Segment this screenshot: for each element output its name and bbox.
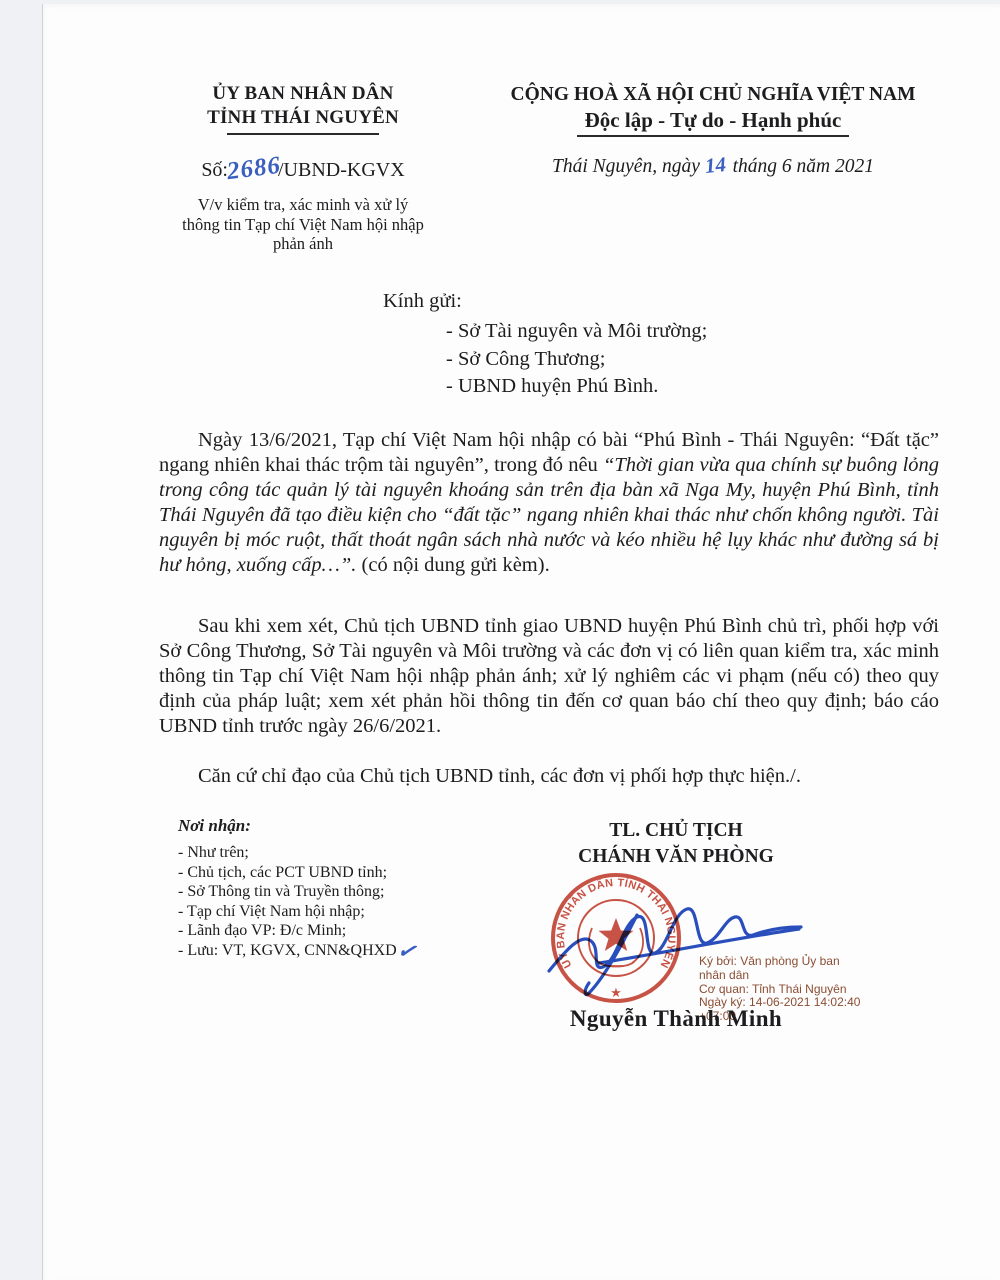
signer-title-line1: TL. CHỦ TỊCH bbox=[476, 818, 876, 844]
doc-number-handwritten: 2686 bbox=[225, 152, 282, 186]
dateline-prefix: Thái Nguyên, ngày bbox=[552, 156, 700, 177]
salutation-label: Kính gửi: bbox=[383, 290, 462, 313]
digital-sig-line: Cơ quan: Tỉnh Thái Nguyên bbox=[699, 983, 919, 997]
body-paragraph-2: Sau khi xem xét, Chủ tịch UBND tỉnh giao… bbox=[159, 614, 939, 739]
signer-title-line2: CHÁNH VĂN PHÒNG bbox=[476, 844, 876, 870]
cc-list-block: Nơi nhận: - Như trên; - Chủ tịch, các PC… bbox=[178, 816, 415, 961]
document-scan-viewport: ỦY BAN NHÂN DÂN TỈNH THÁI NGUYÊN Số:2686… bbox=[0, 0, 1000, 1280]
cc-list-item: - Lãnh đạo VP: Đ/c Minh; bbox=[178, 921, 415, 941]
cc-list-item: - Chủ tịch, các PCT UBND tỉnh; bbox=[178, 863, 415, 883]
recipient-item: - Sở Công Thương; bbox=[446, 346, 707, 374]
digital-sig-line: Ký bởi: Văn phòng Ủy ban bbox=[699, 955, 919, 969]
signer-title-block: TL. CHỦ TỊCH CHÁNH VĂN PHÒNG bbox=[476, 818, 876, 870]
document-page: ỦY BAN NHÂN DÂN TỈNH THÁI NGUYÊN Số:2686… bbox=[42, 4, 1000, 1280]
dateline-day-handwritten: 14 bbox=[703, 152, 726, 179]
cc-list-item: - Sở Thông tin và Truyền thông; bbox=[178, 882, 415, 902]
doc-number-suffix: /UBND-KGVX bbox=[278, 159, 405, 181]
handwritten-tick-mark: ✓ bbox=[396, 944, 416, 958]
issuer-underline bbox=[227, 133, 379, 135]
national-header-block: CỘNG HOÀ XÃ HỘI CHỦ NGHĨA VIỆT NAM Độc l… bbox=[458, 82, 968, 178]
doc-number-prefix: Số: bbox=[201, 159, 228, 181]
issuer-name-line2: TỈNH THÁI NGUYÊN bbox=[143, 106, 463, 130]
doc-subject: V/v kiểm tra, xác minh và xử lý thông ti… bbox=[177, 195, 429, 254]
issuer-name-line1: ỦY BAN NHÂN DÂN bbox=[143, 82, 463, 106]
recipient-list: - Sở Tài nguyên và Môi trường; - Sở Công… bbox=[446, 318, 707, 401]
national-motto-line1: CỘNG HOÀ XÃ HỘI CHỦ NGHĨA VIỆT NAM bbox=[458, 82, 968, 108]
recipient-item: - Sở Tài nguyên và Môi trường; bbox=[446, 318, 707, 346]
cc-list-item: - Tạp chí Việt Nam hội nhập; bbox=[178, 902, 415, 922]
national-motto-line2: Độc lập - Tự do - Hạnh phúc bbox=[577, 108, 850, 137]
cc-list-title: Nơi nhận: bbox=[178, 816, 415, 836]
paragraph-1-closing: (có nội dung gửi kèm). bbox=[356, 554, 549, 576]
body-paragraph-1: Ngày 13/6/2021, Tạp chí Việt Nam hội nhậ… bbox=[159, 428, 939, 578]
dateline: Thái Nguyên, ngày 14 tháng 6 năm 2021 bbox=[458, 153, 968, 178]
digital-sig-line: nhân dân bbox=[699, 969, 919, 983]
recipient-item: - UBND huyện Phú Bình. bbox=[446, 373, 707, 401]
issuing-authority-block: ỦY BAN NHÂN DÂN TỈNH THÁI NGUYÊN Số:2686… bbox=[143, 82, 463, 254]
body-paragraph-3: Căn cứ chỉ đạo của Chủ tịch UBND tỉnh, c… bbox=[159, 764, 939, 789]
doc-number-line: Số:2686/UBND-KGVX bbox=[143, 155, 463, 183]
dateline-suffix: tháng 6 năm 2021 bbox=[733, 156, 874, 177]
signer-name: Nguyễn Thành Minh bbox=[476, 1006, 876, 1032]
cc-list-item: - Lưu: VT, KGVX, CNN&QHXD✓ bbox=[178, 941, 415, 961]
cc-list-item: - Như trên; bbox=[178, 843, 415, 863]
